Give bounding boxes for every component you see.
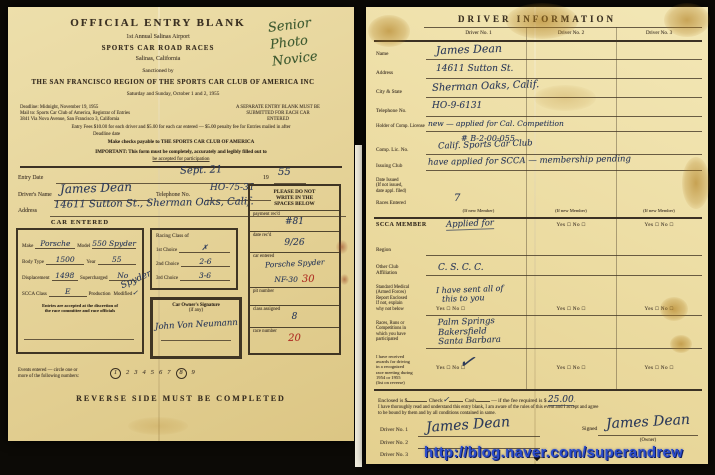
check-mark-handwritten: ✓ [443,395,450,404]
office-row-value: Porsche Spyder [264,257,324,270]
circled-number: 1 [110,368,121,379]
field-underline [426,59,702,60]
driver-2-label: Driver No. 2 [380,440,408,446]
if-new-member-caption: (If new Member) [618,208,700,213]
deadline-date-line: Deadline date [93,132,120,137]
paper-stain [340,274,349,285]
model-value: 550 Spyder [92,240,136,249]
owner-signature: James Dean [606,412,691,432]
field-underline [426,255,702,256]
body-type-label: Body Type [22,260,44,265]
office-box-title: PLEASE DO NOT WRITE IN THE SPACES BELOW [250,186,339,210]
office-row: race number 20 [250,327,339,354]
signature-underline [418,436,540,437]
fee-blank [449,401,463,402]
office-row-red-number: 30 [302,274,315,285]
header-subtitle-3: Salinas, California [8,56,308,62]
event-number: 2 [126,369,129,376]
rule-line [374,40,702,42]
other-club-value: C. S. C. C. [438,263,484,273]
scca-yes-no-checkboxes: Yes □ No □ [618,222,700,228]
enclosed-text: Enclosed is $ [378,398,407,404]
events-line-2: more of the following numbers: [18,374,79,379]
office-row-label: payment rec'd [253,212,280,217]
cash-text: Cash [465,398,476,404]
office-row-label: pit number [253,289,274,294]
field-underline [426,315,702,316]
city-state-label: City & State [376,89,402,95]
modified-label: Modified [114,292,133,297]
office-row: payment rec'd #81 [250,210,339,231]
comp-lic-no-value: Calif. Sports Car Club [438,138,533,151]
car-entered-box: Make Porsche Model 550 Spyder Body Type … [16,228,144,354]
sanctioned-by: Sanctioned by [8,68,308,74]
paper-stain [682,157,710,209]
office-row: pit number [250,287,339,305]
other-club-line: Affiliation [376,271,430,277]
date-value-handwritten: Sept. 21 [180,164,223,176]
comp-lic-no-label: Comp. Lic. No. [376,147,408,153]
signature-underline [24,339,134,340]
enclosed-fee-line: Enclosed is $ Check✓ Cash — if the fee r… [378,395,575,405]
paper-stain [670,335,692,353]
license-holder-label: Holder of Comp. License [376,124,430,129]
office-row-value: 9/26 [284,238,304,248]
body-type-value: 1500 [46,256,84,265]
scca-member-label: SCCA MEMBER [376,222,427,228]
check-text: Check [429,398,443,404]
paper-stain [506,3,578,39]
model-label: Model [77,244,90,249]
event-number: 4 [143,369,146,376]
scca-class-label: SCCA Class [22,292,47,297]
entry-blank-document: OFFICIAL ENTRY BLANK 1st Annual Salinas … [8,7,354,441]
production-label: Production [89,292,111,297]
office-row-value: #81 [285,217,304,227]
important-line-2: be accepted for participation [26,157,336,162]
scca-yes-no-checkboxes: Yes □ No □ [528,222,614,228]
make-value: Porsche [35,240,75,249]
events-line-1: Events entered — circle one or [18,368,78,373]
car-note-line: the race committee and race officials [18,308,142,313]
displacement-label: Displacement [22,276,50,281]
office-row: car entered Porsche Spyder NF-30 30 [250,252,339,287]
watermark-url: http://blog.naver.com/superandrew [424,444,683,461]
field-underline [426,348,702,349]
awards-checkmark: ✓ [457,350,476,374]
awards-label-line: (list on reverse) [376,380,434,385]
scca-member-value: Applied for [446,218,494,231]
races-participated-label: Races, Runs or Competitions in which you… [376,321,432,343]
issuing-club-value: have applied for SCCA — membership pendi… [428,154,631,168]
signature-underline [161,340,231,341]
driver-1-signature: James Dean [426,414,511,436]
region-label: Region [376,247,391,253]
year-value-handwritten: 55 [278,167,291,178]
period: . [574,398,575,404]
medical-report-label: Standard Medical (Armed Forces) Report E… [376,285,432,312]
office-row-red-number: 20 [288,334,301,344]
race-entry: Santa Barbara [438,336,501,348]
mail-address-line: 3841 Via Nova Avenue, San Francisco 3, C… [20,117,195,123]
header-subtitle-2: SPORTS CAR ROAD RACES [8,44,308,52]
second-choice-value: 2-6 [181,258,230,267]
awards-yes-no-checkboxes: Yes □ No □ [528,365,614,371]
modified-check: ✓ [132,289,138,297]
address-label: Address [376,70,393,76]
name-value: James Dean [436,42,502,57]
medical-yes-no-checkboxes: Yes □ No □ [436,306,465,312]
office-row: date rec'd 9/26 [250,231,339,252]
date-issued-line: date appl. filed) [376,189,434,194]
driver-1-label: Driver No. 1 [380,427,408,433]
address-value: 14611 Sutton St. [436,64,513,74]
office-use-box: PLEASE DO NOT WRITE IN THE SPACES BELOW … [248,184,341,355]
supercharged-label: Supercharged [80,276,107,281]
header-subtitle-1: 1st Annual Salinas Airport [8,34,308,40]
office-row-label: car entered [253,254,274,259]
participated-label-line: participated [376,337,432,342]
scan-gap-sliver [355,145,362,467]
displacement-value: 1498 [52,272,79,281]
rule-line [374,217,702,219]
driver-name-handwritten: James Dean [60,180,132,197]
racing-class-box: Racing Class of 1st Choice ✗ 2nd Choice … [150,228,238,290]
event-number: 3 [134,369,137,376]
race-date-line: Saturday and Sunday, October 1 and 2, 19… [8,91,338,97]
scca-class-value: E [49,288,87,297]
event-number: 7 [167,369,170,376]
car-entered-title: CAR ENTERED [16,219,144,226]
document-title: OFFICIAL ENTRY BLANK [8,17,308,29]
medical-value-line-2: this to you [442,293,485,303]
fee-required-text: — if the fee required is $ [491,398,546,404]
checks-payable-line: Make checks payable to THE SPORTS CAR CL… [26,139,336,145]
fee-blank [476,401,490,402]
paper-stain [128,417,188,435]
office-row-value2: NF-30 [274,275,298,284]
entry-fees-line: Entry Fees $10.00 for each driver and $5… [26,125,336,130]
office-row-label: race number [253,329,277,334]
if-new-member-caption: (If new Member) [528,208,614,213]
important-line-1: IMPORTANT: This form must be completely,… [26,150,336,155]
name-label: Name [376,51,388,57]
paper-stain [534,85,596,111]
event-number: 6 [159,369,162,376]
event-number: 5 [151,369,154,376]
telephone-value: HO-9-6131 [432,101,482,111]
event-number: 9 [192,369,195,376]
office-title-line: SPACES BELOW [250,201,339,207]
second-choice-label: 2nd Choice [156,262,179,267]
circled-number: 8 [176,368,187,379]
event-numbers: 123456789 [110,368,200,379]
office-row-label: date rec'd [253,233,271,238]
reverse-side-footer: REVERSE SIDE MUST BE COMPLETED [8,394,354,403]
owner-signature-box: Car Owner's Signature (if any) John Von … [150,297,242,359]
field-underline [426,116,702,117]
caution-line: ENTERED [213,117,343,123]
if-new-member-caption: (If new Member) [431,208,526,213]
driver-name-label: Driver's Name [18,192,52,198]
awards-yes-no-checkboxes: Yes □ No □ [618,365,700,371]
third-choice-label: 3rd Choice [156,276,178,281]
license-holder-value: new — applied for Cal. Competition [428,119,564,128]
telephone-label: Telephone No. [376,108,406,114]
paper-stain [336,240,348,254]
paper-stain [660,297,688,321]
office-row-label: class assigned [253,307,280,312]
office-row: class assigned 8 [250,305,339,327]
first-choice-value: ✗ [179,244,230,253]
handwritten-corner-note: Senior Photo Novice [267,14,319,70]
city-state-value: Sherman Oaks, Calif. [432,79,540,94]
date-issued-label: Date Issued (If not issued, date appl. f… [376,178,434,194]
medical-yes-no-checkboxes: Yes □ No □ [528,306,614,312]
awards-label: I have received awards for driving in a … [376,354,434,385]
signed-label: Signed [582,426,597,432]
races-entered-label: Races Entered [376,200,406,206]
year-label: Year [86,260,95,265]
medical-label-line: why not below [376,307,432,312]
third-choice-value: 3-6 [180,272,230,281]
office-row-value: 8 [292,312,298,322]
issuing-club-label: Issuing Club [376,163,402,169]
date-label: Entry Date [18,175,43,181]
address-handwritten: 14611 Sutton St., Sherman Oaks, Calif. [54,196,254,210]
owner-signature: John Von Neumann [155,318,237,332]
paper-stain [368,15,410,47]
address-label: Address [18,208,37,214]
scanned-photo-frame: OFFICIAL ENTRY BLANK 1st Annual Salinas … [0,0,715,475]
other-club-label: Other Club Affiliation [376,265,430,276]
mail-to-block: Deadline: Midnight, November 19, 1955 Ma… [20,105,195,122]
owner-caption: (Owner) [598,438,698,443]
field-underline [426,78,702,79]
first-choice-label: 1st Choice [156,248,177,253]
paper-stain [664,3,710,37]
signature-underline [598,435,698,436]
field-underline [426,275,702,276]
column-divider [616,27,617,389]
races-entered-value: 7 [454,193,460,204]
make-label: Make [22,244,33,249]
year-value: 55 [98,256,136,265]
separate-entry-notice: A SEPARATE ENTRY BLANK MUST BE SUBMITTED… [213,105,343,122]
owner-box-label-2: (if any) [155,308,237,313]
car-box-note: Entries are accepted at the discretion o… [18,303,142,314]
rule-line [374,389,702,391]
races-participated-values: Palm Springs Bakersfield Santa Barbara [438,317,502,348]
fee-blank [407,401,427,402]
year-printed: 19 [263,175,269,181]
driver-information-document: DRIVER INFORMATION Driver No. 1 Driver N… [366,7,708,464]
field-underline [426,170,702,171]
sanctioning-org: THE SAN FRANCISCO REGION OF THE SPORTS C… [8,79,338,86]
field-underline [426,131,702,132]
